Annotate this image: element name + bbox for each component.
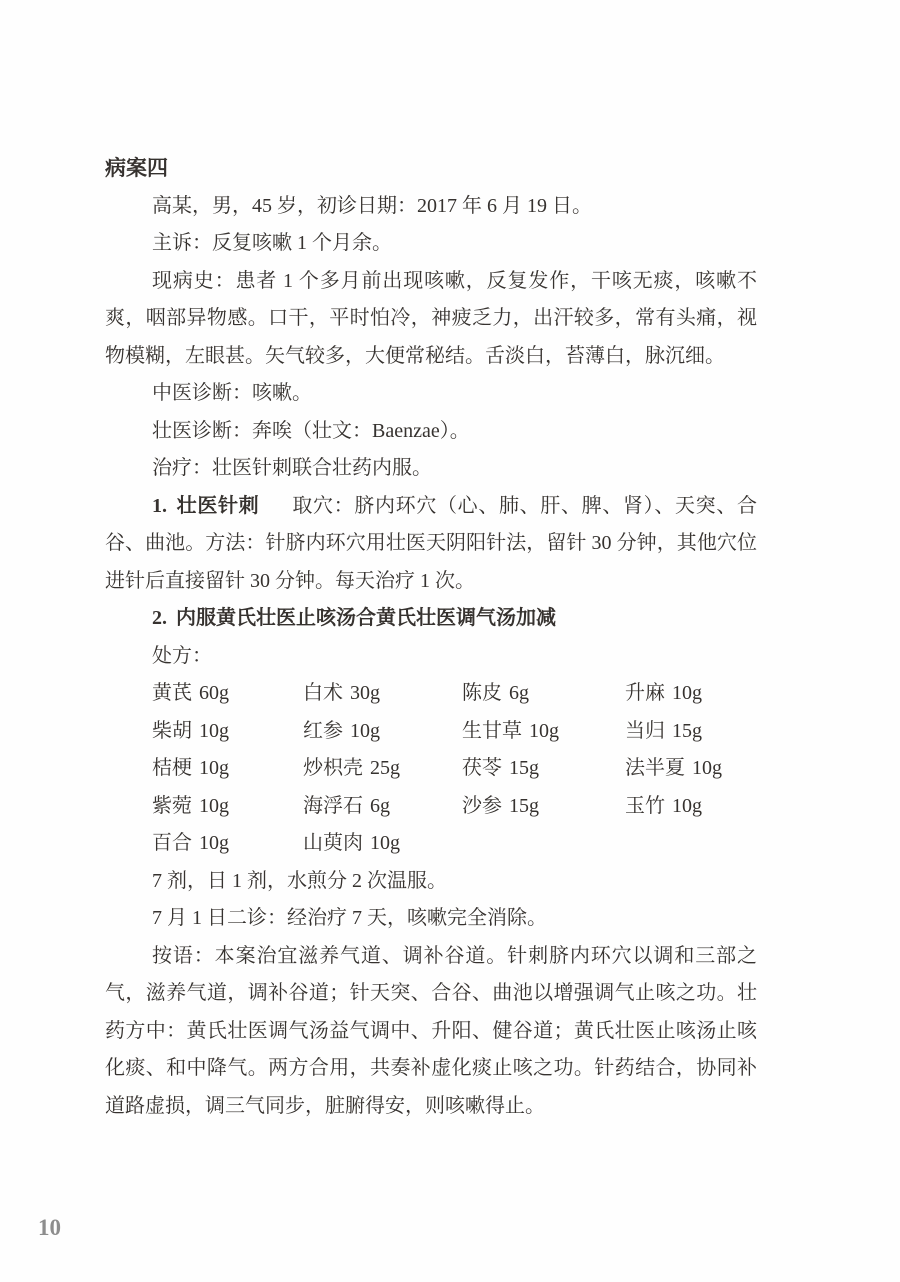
herb-dose: 10g: [199, 720, 229, 742]
chief-complaint: 主诉：反复咳嗽 1 个月余。: [105, 225, 757, 263]
herb-dose: 15g: [509, 795, 539, 817]
herb-name: 海浮石: [303, 795, 363, 817]
herb-dose: 10g: [672, 682, 702, 704]
herb-item: 白术30g: [303, 675, 462, 713]
herb-name: 百合: [152, 832, 192, 854]
followup-visit: 7 月 1 日二诊：经治疗 7 天，咳嗽完全消除。: [105, 900, 757, 938]
herb-name: 炒枳壳: [303, 757, 363, 779]
patient-intro: 高某，男，45 岁，初诊日期：2017 年 6 月 19 日。: [105, 188, 757, 226]
herb-item: 炒枳壳25g: [303, 750, 462, 788]
herb-name: 升麻: [625, 682, 665, 704]
dosage-instructions: 7 剂，日 1 剂，水煎分 2 次温服。: [105, 863, 757, 901]
herb-item: 玉竹10g: [625, 788, 757, 826]
herb-dose: 6g: [370, 795, 390, 817]
herb-name: 茯苓: [462, 757, 502, 779]
herb-item: 柴胡10g: [152, 713, 303, 751]
zhuang-diagnosis: 壮医诊断：奔唉（壮文：Baenzae）。: [105, 413, 757, 451]
herb-name: 山萸肉: [303, 832, 363, 854]
herb-item: 百合10g: [152, 825, 303, 863]
book-page: 病案四 高某，男，45 岁，初诊日期：2017 年 6 月 19 日。 主诉：反…: [0, 0, 900, 1282]
commentary: 按语：本案治宜滋养气道、调补谷道。针刺脐内环穴以调和三部之气，滋养气道，调补谷道…: [105, 938, 757, 1126]
herb-dose: 10g: [350, 720, 380, 742]
herb-item: 桔梗10g: [152, 750, 303, 788]
herb-item: 陈皮6g: [462, 675, 625, 713]
herb-name: 桔梗: [152, 757, 192, 779]
herb-name: 法半夏: [625, 757, 685, 779]
herb-name: 生甘草: [462, 720, 522, 742]
herb-dose: 10g: [199, 832, 229, 854]
herb-item: 红参10g: [303, 713, 462, 751]
herb-dose: 25g: [370, 757, 400, 779]
treatment-plan: 治疗：壮医针刺联合壮药内服。: [105, 450, 757, 488]
decoction-item-title: 内服黄氏壮医止咳汤合黄氏壮医调气汤加减: [176, 607, 556, 629]
herb-dose: 10g: [672, 795, 702, 817]
herb-item: 升麻10g: [625, 675, 757, 713]
herb-name: 红参: [303, 720, 343, 742]
herb-item: 生甘草10g: [462, 713, 625, 751]
herb-name: 紫菀: [152, 795, 192, 817]
page-number: 10: [38, 1215, 61, 1241]
herb-item: 沙参15g: [462, 788, 625, 826]
herb-name: 当归: [625, 720, 665, 742]
herb-dose: 10g: [199, 795, 229, 817]
decoction-section: 2.内服黄氏壮医止咳汤合黄氏壮医调气汤加减: [105, 600, 757, 638]
herb-item: 当归15g: [625, 713, 757, 751]
tcm-diagnosis: 中医诊断：咳嗽。: [105, 375, 757, 413]
herb-dose: 30g: [350, 682, 380, 704]
herb-dose: 60g: [199, 682, 229, 704]
herb-dose: 6g: [509, 682, 529, 704]
herb-name: 白术: [303, 682, 343, 704]
herb-dose: 15g: [509, 757, 539, 779]
acupuncture-item-number: 1.: [152, 495, 167, 517]
decoction-item-number: 2.: [152, 607, 167, 629]
herb-name: 玉竹: [625, 795, 665, 817]
herb-list: 黄芪60g 白术30g 陈皮6g 升麻10g 柴胡10g 红参10g 生甘草10…: [152, 675, 757, 863]
acupuncture-item-title: 壮医针刺: [176, 495, 259, 517]
herb-dose: 15g: [672, 720, 702, 742]
case-heading: 病案四: [105, 150, 757, 188]
herb-dose: 10g: [199, 757, 229, 779]
herb-name: 陈皮: [462, 682, 502, 704]
prescription-label: 处方：: [105, 638, 757, 676]
herb-dose: 10g: [692, 757, 722, 779]
herb-item: 茯苓15g: [462, 750, 625, 788]
case-body: 病案四 高某，男，45 岁，初诊日期：2017 年 6 月 19 日。 主诉：反…: [105, 150, 757, 1125]
acupuncture-section: 1.壮医针刺取穴：脐内环穴（心、肺、肝、脾、肾）、天突、合谷、曲池。方法：针脐内…: [105, 488, 757, 601]
herb-name: 柴胡: [152, 720, 192, 742]
herb-name: 黄芪: [152, 682, 192, 704]
herb-item: 黄芪60g: [152, 675, 303, 713]
herb-item: 山萸肉10g: [303, 825, 462, 863]
herb-dose: 10g: [370, 832, 400, 854]
herb-item: 海浮石6g: [303, 788, 462, 826]
herb-item: 法半夏10g: [625, 750, 757, 788]
herb-item: 紫菀10g: [152, 788, 303, 826]
herb-dose: 10g: [529, 720, 559, 742]
present-history: 现病史：患者 1 个多月前出现咳嗽，反复发作，干咳无痰，咳嗽不爽，咽部异物感。口…: [105, 263, 757, 376]
herb-name: 沙参: [462, 795, 502, 817]
